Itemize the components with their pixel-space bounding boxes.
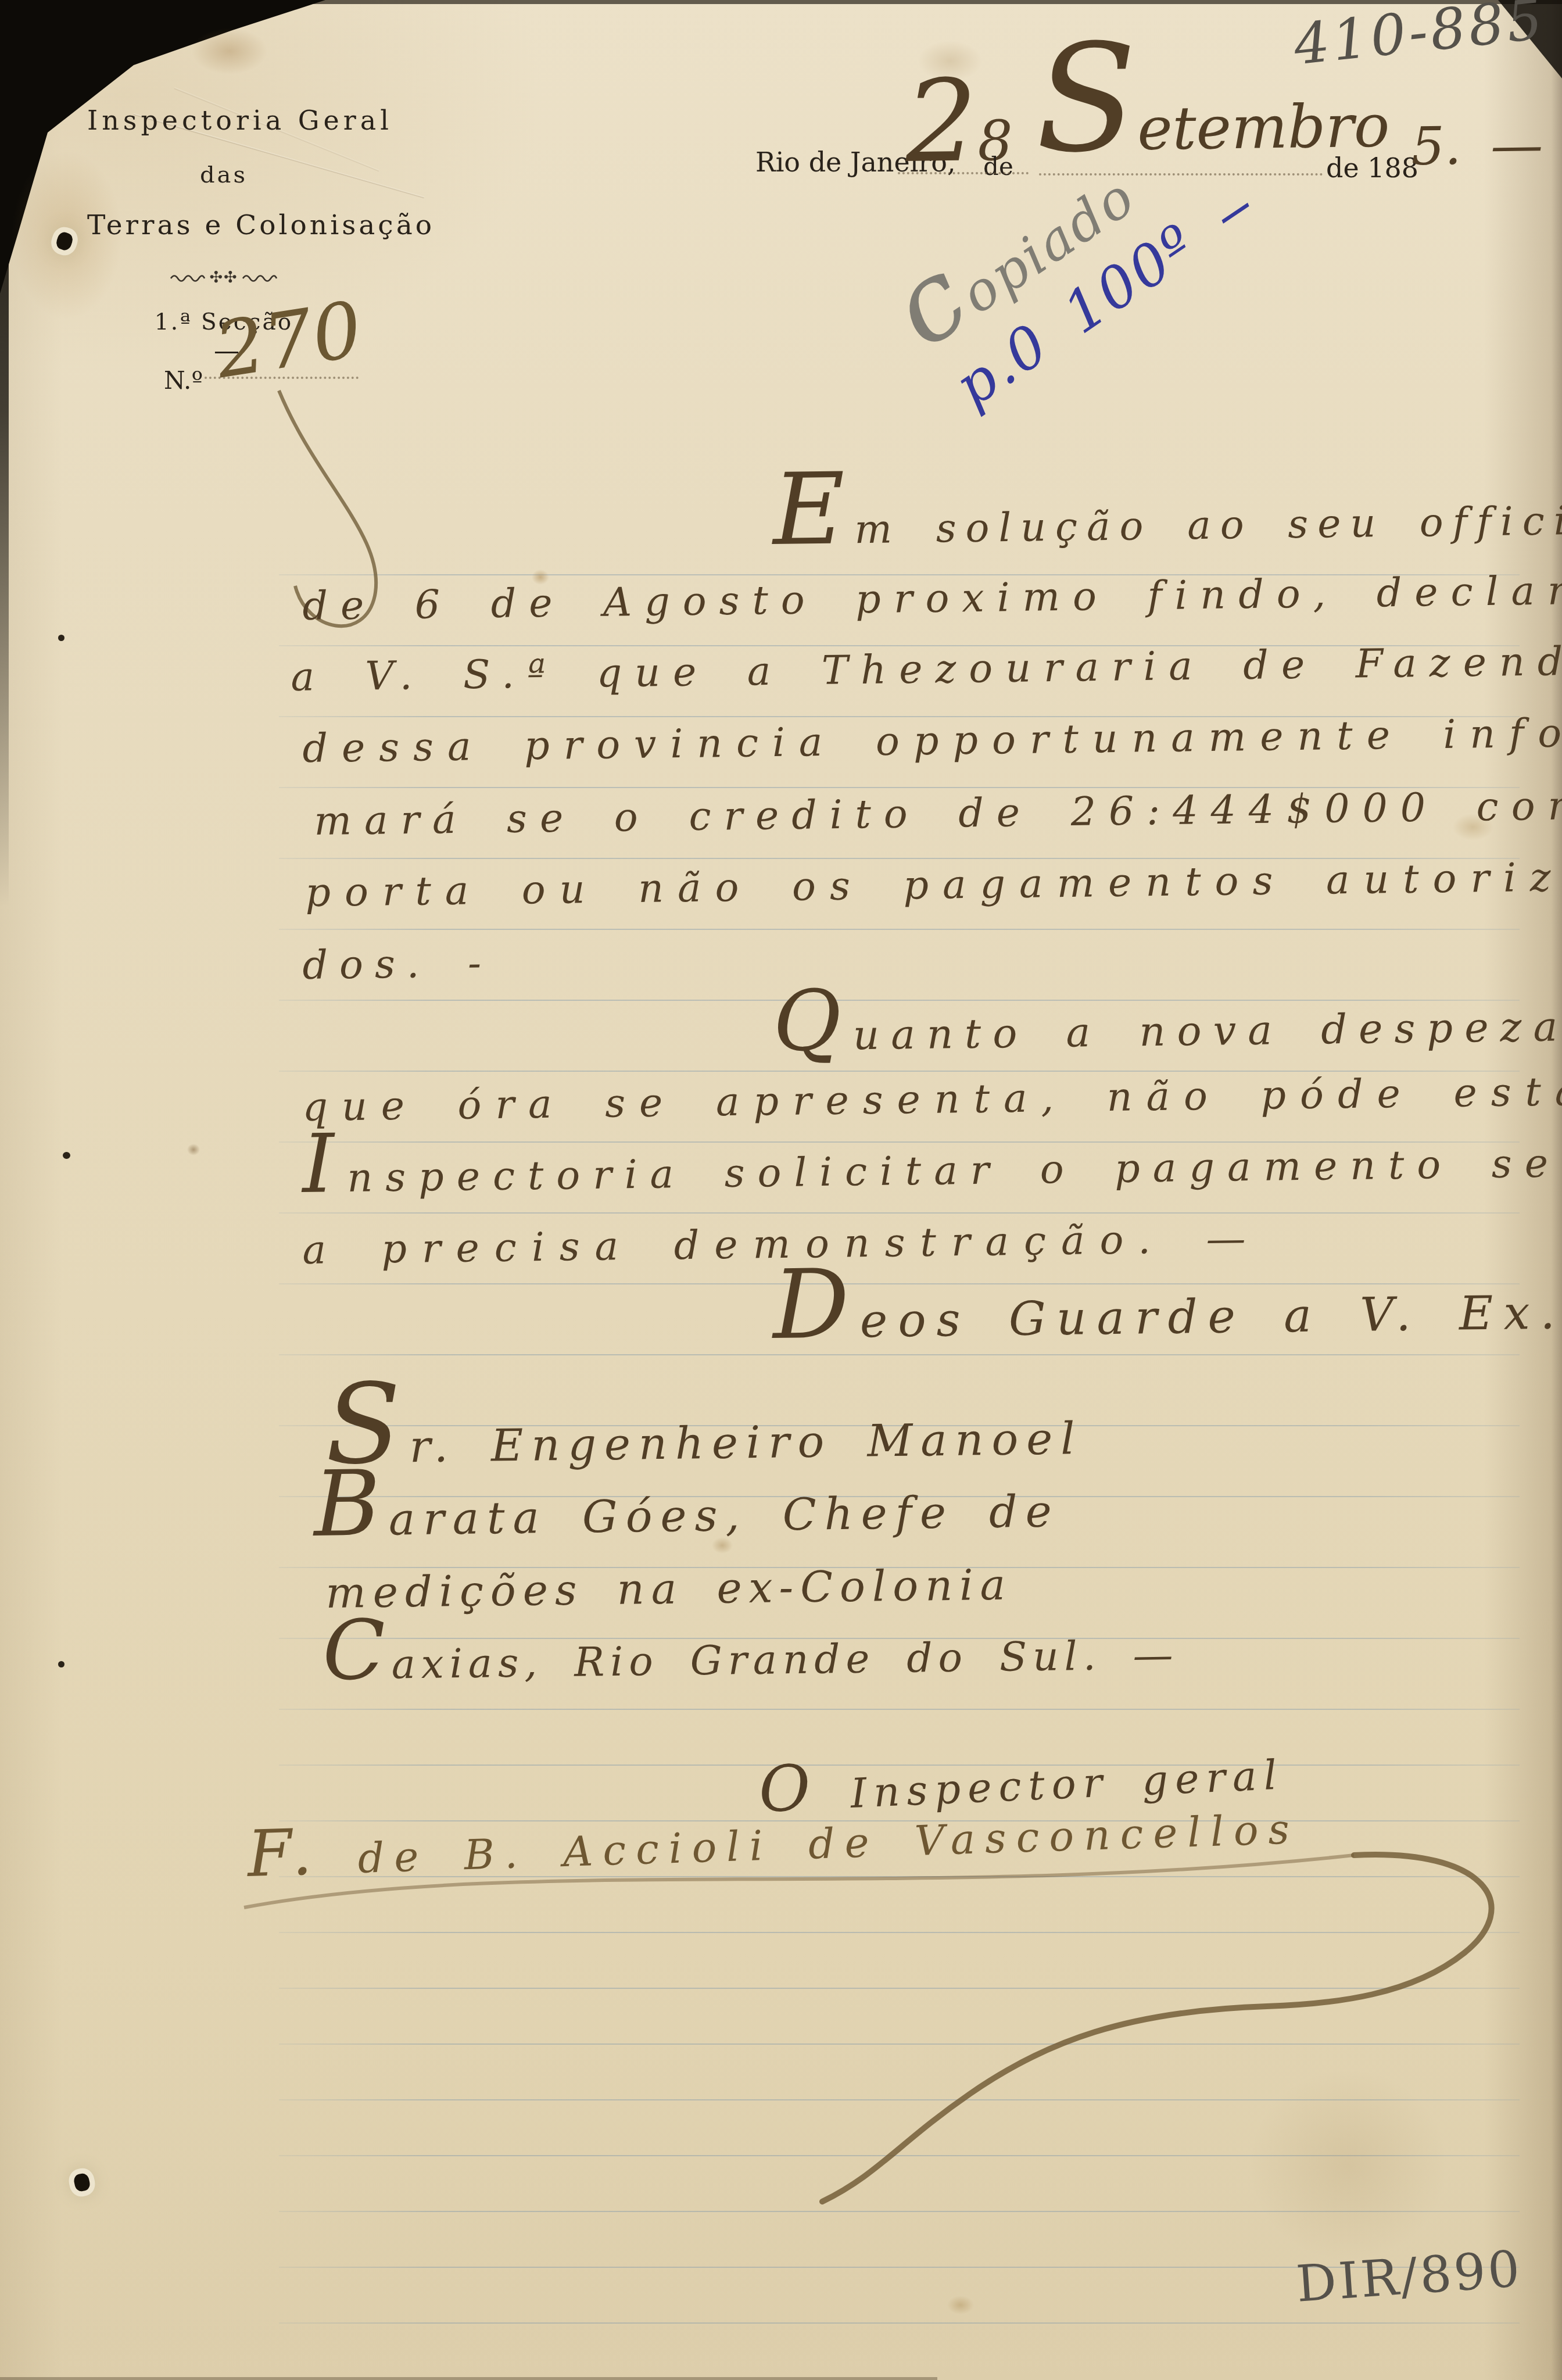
ruled-line xyxy=(279,1932,1520,1933)
body-line: Inspectoria solicitar o pagamento sem xyxy=(302,1143,1562,1199)
ruled-line xyxy=(279,1283,1520,1284)
dateline-month: Setembro xyxy=(1036,96,1390,160)
document-number-value: 270 xyxy=(210,291,367,390)
body-line: dessa provincia opportunamente infor- xyxy=(302,713,1562,769)
worm-hole xyxy=(58,635,65,641)
body-line: Quanto a nova despeza xyxy=(773,1006,1562,1057)
archival-bottom-right-code: DIR/890 xyxy=(1295,2244,1524,2310)
body-line: de 6 de Agosto proximo findo, declaro xyxy=(302,571,1562,627)
dateline-blank-month xyxy=(1039,173,1323,176)
body-line: a V. S.ª que a Thezouraria de Fazenda xyxy=(291,642,1562,697)
stain xyxy=(187,1144,200,1155)
archival-top-right-number: 410-885 xyxy=(1291,0,1548,73)
ruled-line xyxy=(279,1000,1520,1001)
manuscript-page: Inspectoria Geral das Terras e Colonisaç… xyxy=(0,0,1562,2380)
stain xyxy=(947,2296,974,2314)
letterhead-ornament: ✣✣ xyxy=(87,269,360,287)
body-line: Em solução ao seu officio xyxy=(773,500,1562,551)
ruled-line xyxy=(279,1354,1520,1355)
ruled-line xyxy=(279,2155,1520,2156)
ruled-line xyxy=(279,1212,1520,1214)
body-line: que óra se apresenta, não póde esta xyxy=(302,1072,1562,1128)
punch-hole xyxy=(73,2173,91,2193)
document-number-label: N.º xyxy=(164,366,203,395)
punch-hole xyxy=(55,231,74,252)
dateline-year-digit: 5. — xyxy=(1411,119,1543,173)
ornament-squiggle-left xyxy=(170,271,206,285)
scan-left-edge xyxy=(0,0,9,907)
stain xyxy=(1249,2069,1447,2261)
stain xyxy=(192,28,267,74)
addressee-line: medições na ex-Colonia xyxy=(325,1564,1012,1615)
ruled-line xyxy=(279,1141,1520,1143)
scan-top-edge xyxy=(0,0,1562,4)
addressee-line: Sr. Engenheiro Manoel xyxy=(325,1416,1083,1470)
ornament-glyphs: ✣✣ xyxy=(209,269,238,287)
ruled-line xyxy=(279,2211,1520,2212)
body-line: porta ou não os pagamentos autoriza- xyxy=(305,857,1562,913)
addressee-line: Caxias, Rio Grande do Sul. — xyxy=(323,1635,1179,1686)
scan-bottom-edge xyxy=(0,2377,937,2380)
torn-corner-top-left xyxy=(0,0,349,302)
addressee-line: Barata Góes, Chefe de xyxy=(314,1489,1060,1542)
dateline-blank-day xyxy=(898,172,1029,174)
body-line: dos. - xyxy=(302,944,493,986)
ruled-line xyxy=(279,2322,1520,2324)
letterhead-title-line1: Inspectoria Geral xyxy=(87,105,360,136)
ruled-line xyxy=(279,1765,1520,1766)
worm-hole xyxy=(58,1661,65,1667)
letterhead-title-line3: Terras e Colonisação xyxy=(87,209,360,241)
ruled-line xyxy=(279,1988,1520,1989)
dateline-de-year: de 188 xyxy=(1326,152,1418,184)
ruled-line xyxy=(279,2043,1520,2045)
ruled-line xyxy=(279,2099,1520,2100)
ornament-squiggle-right xyxy=(242,271,278,285)
letterhead-title-line2: das xyxy=(87,162,360,188)
worm-hole xyxy=(63,1152,70,1159)
valediction-line: Deos Guarde a V. Ex.ª xyxy=(773,1289,1562,1345)
body-line: mará se o credito de 26:444$000 com- xyxy=(314,786,1562,842)
ruled-line xyxy=(279,929,1520,930)
dateline-de: de xyxy=(983,152,1013,181)
ruled-line xyxy=(279,1709,1520,1710)
